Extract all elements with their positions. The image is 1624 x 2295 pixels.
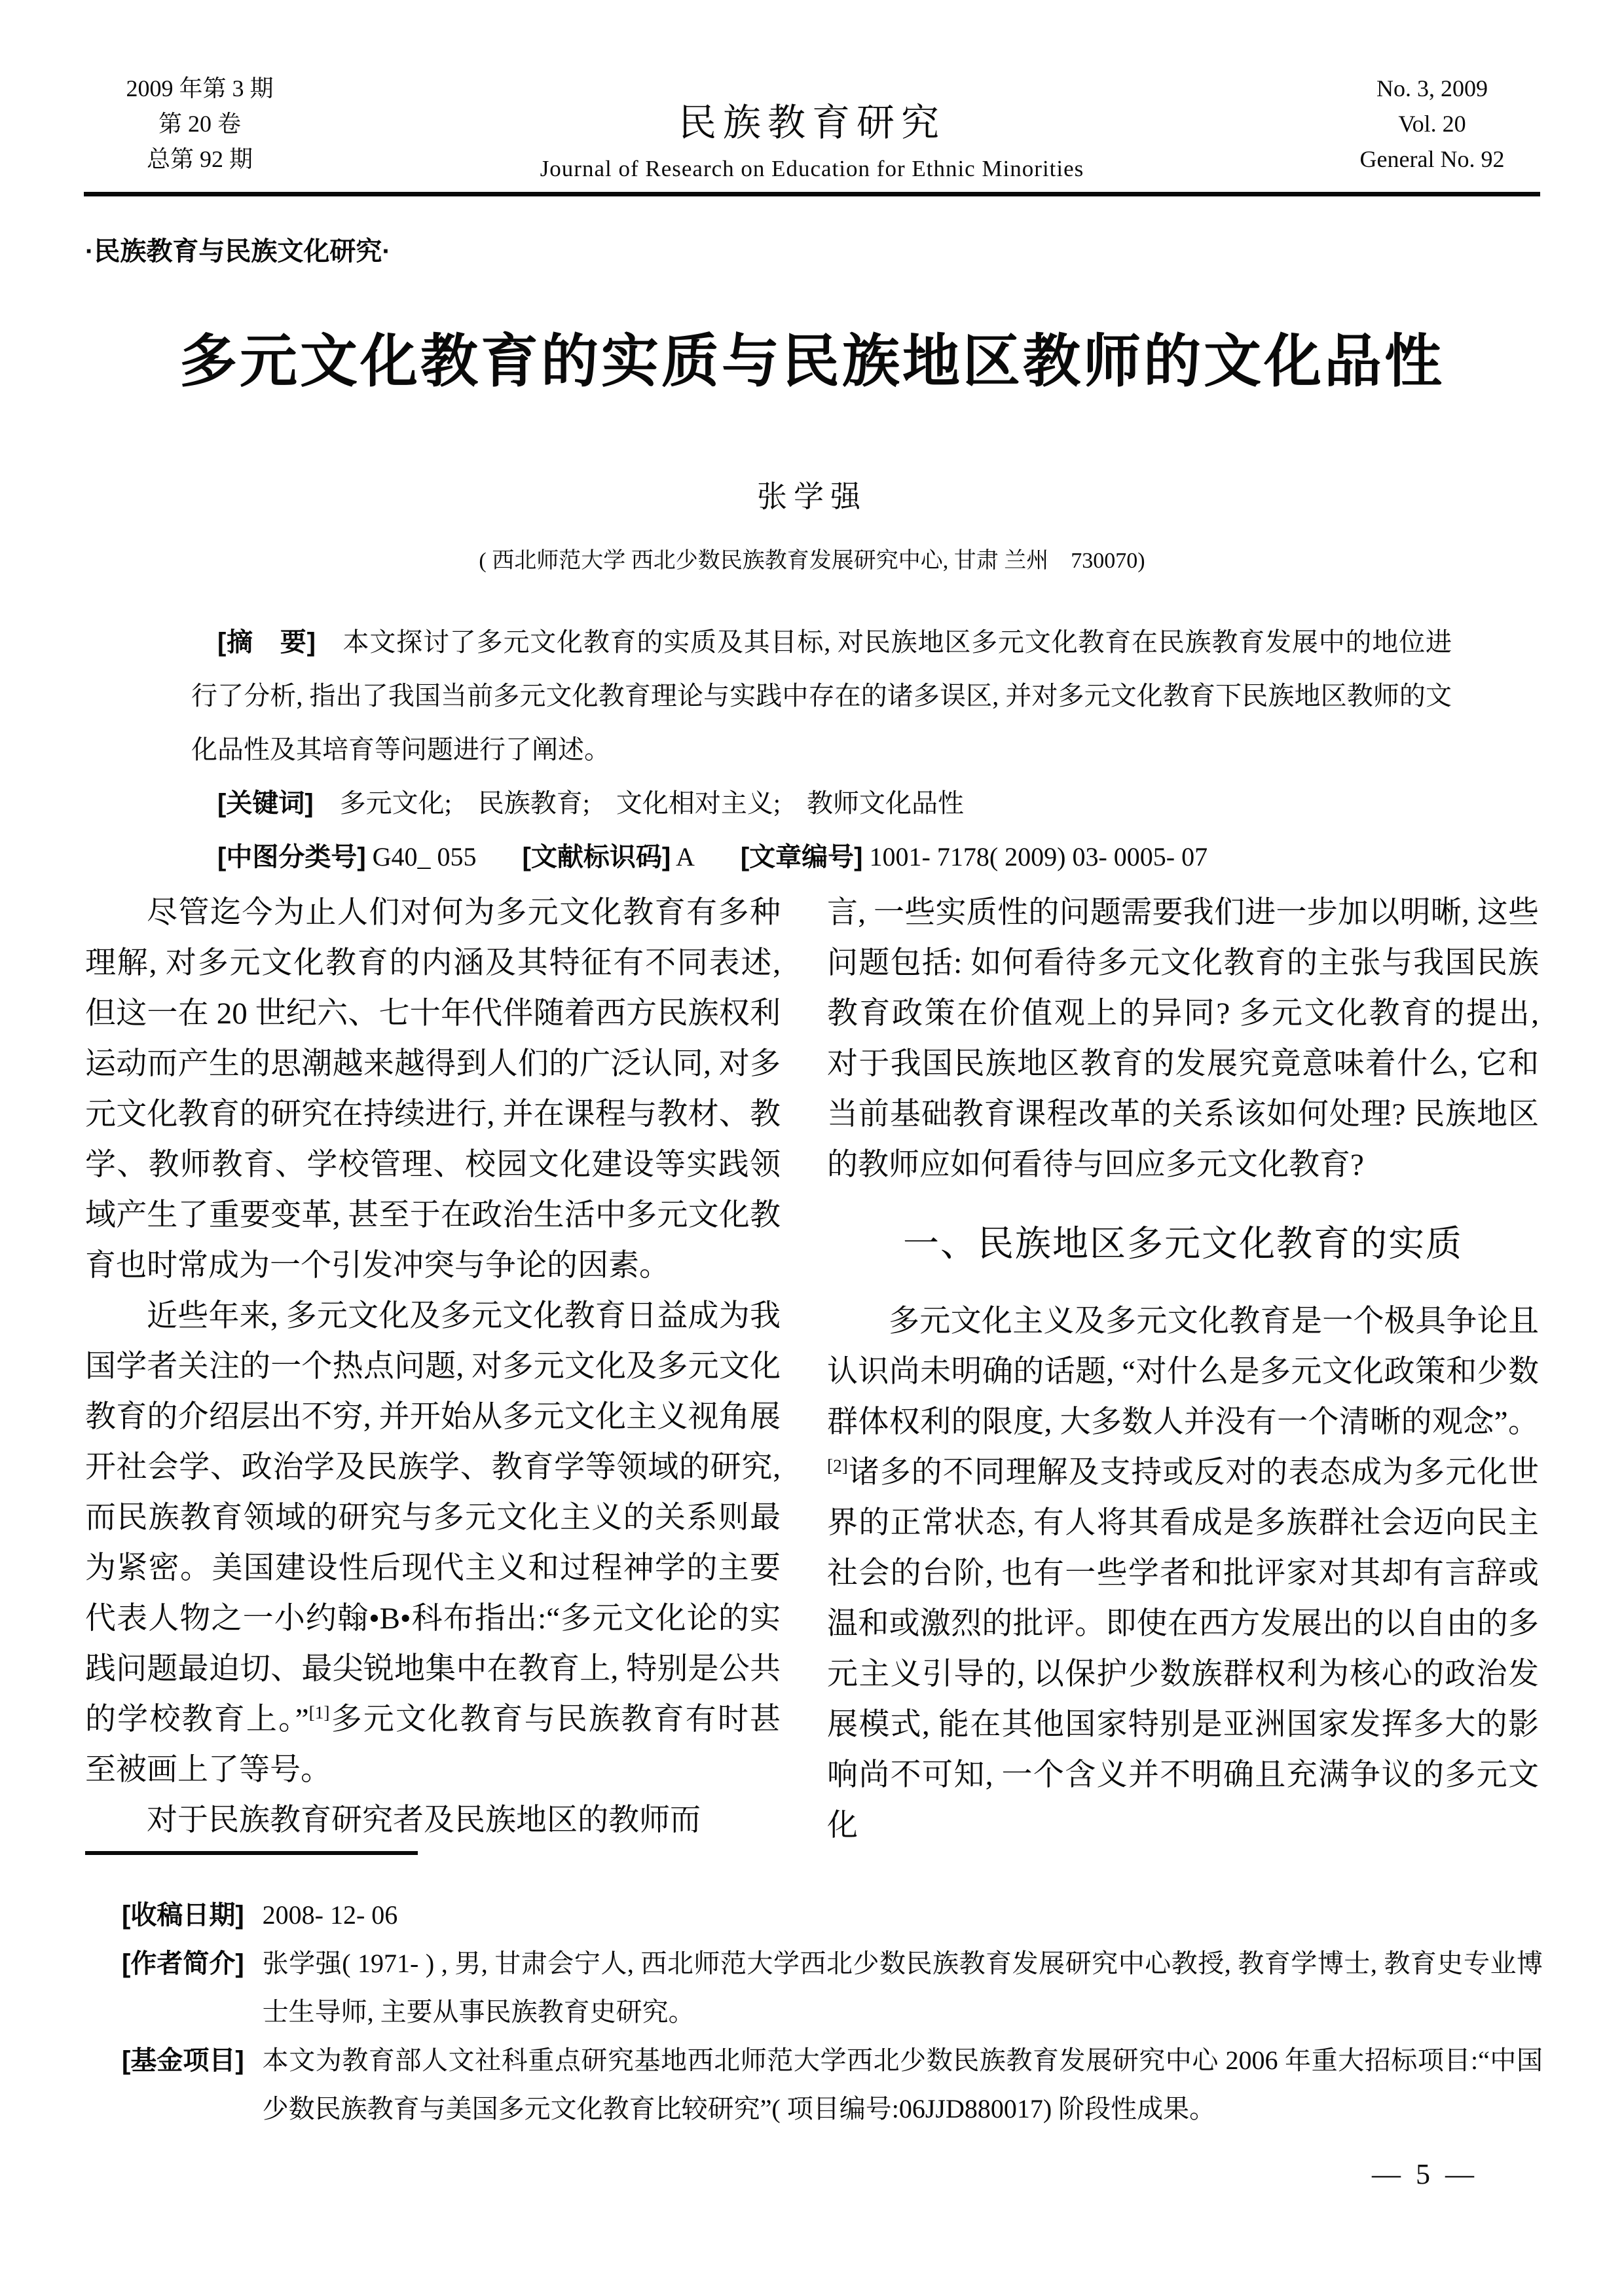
received-date-value: 2008- 12- 06	[263, 1891, 1543, 1939]
header-rule	[84, 192, 1540, 196]
author-bio-value: 张学强( 1971- ) , 男, 甘肃会宁人, 西北师范大学西北少数民族教育发…	[263, 1939, 1543, 2036]
issue-generalno-line: General No. 92	[1324, 141, 1540, 177]
author-bio-label: [作者简介]	[122, 1939, 244, 1988]
fund-project-value: 本文为教育部人文社科重点研究基地西北师范大学西北少数民族教育发展研究中心 200…	[263, 2036, 1543, 2133]
issue-info-right: No. 3, 2009 Vol. 20 General No. 92	[1324, 71, 1540, 177]
clc-label: [中图分类号]	[217, 843, 366, 872]
clc-value: G40_ 055	[373, 842, 477, 872]
article-id-label: [文章编号]	[741, 843, 863, 872]
footnote-separator	[85, 1851, 418, 1855]
article-id-value: 1001- 7178( 2009) 03- 0005- 07	[870, 842, 1208, 872]
paragraph: 对于民族教育研究者及民族地区的教师而	[85, 1795, 781, 1846]
abstract-label: [摘 要]	[217, 628, 316, 657]
paragraph: 尽管迄今为止人们对何为多元文化教育有多种理解, 对多元文化教育的内涵及其特征有不…	[85, 888, 781, 1291]
doc-code-label: [文献标识码]	[523, 843, 671, 872]
fund-project-label: [基金项目]	[122, 2036, 244, 2085]
received-date-label: [收稿日期]	[122, 1891, 244, 1939]
paragraph: 多元文化主义及多元文化教育是一个极具争论且认识尚未明确的话题, “对什么是多元文…	[827, 1296, 1539, 1851]
footnotes-block: [收稿日期] 2008- 12- 06 [作者简介] 张学强( 1971- ) …	[122, 1891, 1543, 2133]
paragraph: 近些年来, 多元文化及多元文化教育日益成为我国学者关注的一个热点问题, 对多元文…	[85, 1291, 781, 1795]
keywords-text: 多元文化; 民族教育; 文化相对主义; 教师文化品性	[340, 788, 964, 818]
article-title: 多元文化教育的实质与民族地区教师的文化品性	[0, 316, 1624, 398]
author-name: 张学强	[0, 473, 1624, 516]
section-heading-1: 一、民族地区多元文化教育的实质	[827, 1218, 1539, 1270]
column-label: ·民族教育与民族文化研究·	[85, 230, 391, 268]
footnote-author-bio: [作者简介] 张学强( 1971- ) , 男, 甘肃会宁人, 西北师范大学西北…	[122, 1939, 1543, 2036]
citation-ref-2: [2]	[827, 1456, 848, 1475]
footnote-fund-project: [基金项目] 本文为教育部人文社科重点研究基地西北师范大学西北少数民族教育发展研…	[122, 2036, 1543, 2133]
abstract: [摘 要] 本文探讨了多元文化教育的实质及其目标, 对民族地区多元文化教育在民族…	[191, 615, 1452, 777]
keywords: [关键词] 多元文化; 民族教育; 文化相对主义; 教师文化品性	[191, 777, 1452, 830]
keywords-label: [关键词]	[217, 789, 314, 818]
citation-ref-1: [1]	[309, 1702, 330, 1722]
abstract-text: 本文探讨了多元文化教育的实质及其目标, 对民族地区多元文化教育在民族教育发展中的…	[191, 627, 1452, 764]
body-right-column: 言, 一些实质性的问题需要我们进一步加以明晰, 这些问题包括: 如何看待多元文化…	[827, 888, 1539, 1851]
meta-block: [摘 要] 本文探讨了多元文化教育的实质及其目标, 对民族地区多元文化教育在民族…	[191, 615, 1452, 884]
paragraph: 言, 一些实质性的问题需要我们进一步加以明晰, 这些问题包括: 如何看待多元文化…	[827, 888, 1539, 1190]
classification-line: [中图分类号] G40_ 055[文献标识码] A[文章编号] 1001- 71…	[191, 830, 1452, 884]
footnote-received: [收稿日期] 2008- 12- 06	[122, 1891, 1543, 1939]
paragraph-text: 诸多的不同理解及支持或反对的表态成为多元化世界的正常状态, 有人将其看成是多族群…	[827, 1456, 1539, 1843]
paragraph-text: 多元文化主义及多元文化教育是一个极具争论且认识尚未明确的话题, “对什么是多元文…	[827, 1304, 1539, 1439]
journal-page: 2009 年第 3 期 第 20 卷 总第 92 期 民族教育研究 Journa…	[0, 0, 1624, 2295]
paragraph-text: 近些年来, 多元文化及多元文化教育日益成为我国学者关注的一个热点问题, 对多元文…	[85, 1299, 781, 1736]
body-left-column: 尽管迄今为止人们对何为多元文化教育有多种理解, 对多元文化教育的内涵及其特征有不…	[85, 888, 781, 1846]
page-number: — 5 —	[1372, 2157, 1478, 2191]
issue-no-line: No. 3, 2009	[1324, 71, 1540, 106]
doc-code-value: A	[676, 842, 695, 872]
issue-vol-line: Vol. 20	[1324, 106, 1540, 141]
author-affiliation: ( 西北师范大学 西北少数民族教育发展研究中心, 甘肃 兰州 730070)	[0, 542, 1624, 574]
